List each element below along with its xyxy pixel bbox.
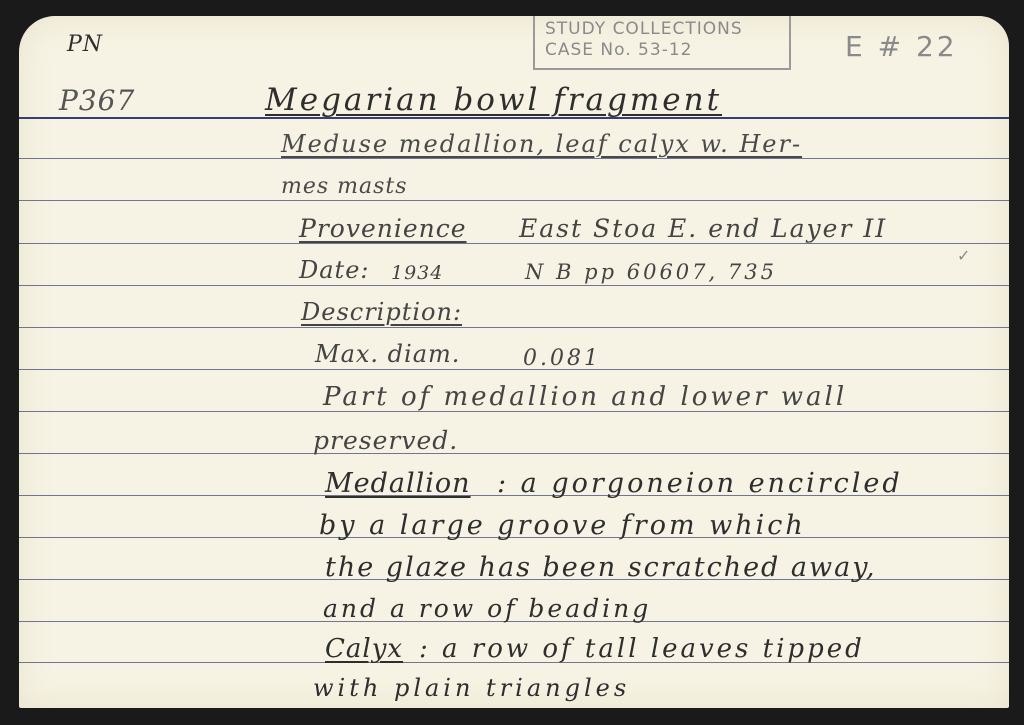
date-label: Date:: [299, 256, 369, 284]
date-value: 1934: [391, 262, 443, 284]
subtitle-line-2: mes masts: [281, 174, 408, 199]
medallion-line-4: and a row of beading: [323, 594, 651, 623]
dimension-value: 0.081: [523, 346, 601, 371]
object-title: Megarian bowl fragment: [265, 82, 722, 118]
catalog-number: P367: [59, 84, 135, 117]
ruled-line: [19, 285, 1009, 286]
preservation-line-1: Part of medallion and lower wall: [323, 382, 847, 412]
medallion-label: Medallion: [325, 468, 471, 499]
subtitle-line-1: Meduse medallion, leaf calyx w. Her-: [281, 130, 802, 158]
catalog-card: PN P367 STUDY COLLECTIONS CASE No. 53-12…: [19, 16, 1009, 708]
calyx-line-2: with plain triangles: [313, 674, 630, 702]
calyx-line-1: : a row of tall leaves tipped: [419, 634, 865, 664]
dimension-label: Max. diam.: [315, 340, 460, 368]
corner-reference: E # 22: [845, 30, 958, 63]
provenience-value: East Stoa E. end Layer II: [519, 214, 887, 243]
calyx-label: Calyx: [325, 634, 403, 664]
medallion-line-2: by a large groove from which: [319, 510, 806, 541]
ruled-line: [19, 453, 1009, 454]
ruled-line: [19, 327, 1009, 328]
check-mark: ✓: [957, 246, 971, 265]
stamp-line-1: STUDY COLLECTIONS: [545, 19, 743, 39]
ruled-line: [19, 200, 1009, 201]
pn-label: PN: [67, 32, 103, 57]
stamp-line-2: CASE No. 53-12: [545, 40, 692, 60]
study-collections-stamp: STUDY COLLECTIONS CASE No. 53-12: [533, 16, 791, 70]
preservation-line-2: preserved.: [313, 426, 458, 455]
notebook-reference: N B pp 60607, 735: [525, 260, 777, 284]
provenience-label: Provenience: [299, 214, 467, 243]
description-label: Description:: [301, 298, 462, 326]
medallion-line-3: the glaze has been scratched away,: [325, 552, 876, 583]
ruled-line: [19, 158, 1009, 159]
ruled-line: [19, 369, 1009, 370]
ruled-line: [19, 243, 1009, 244]
medallion-line-1: : a gorgoneion encircled: [497, 468, 903, 499]
